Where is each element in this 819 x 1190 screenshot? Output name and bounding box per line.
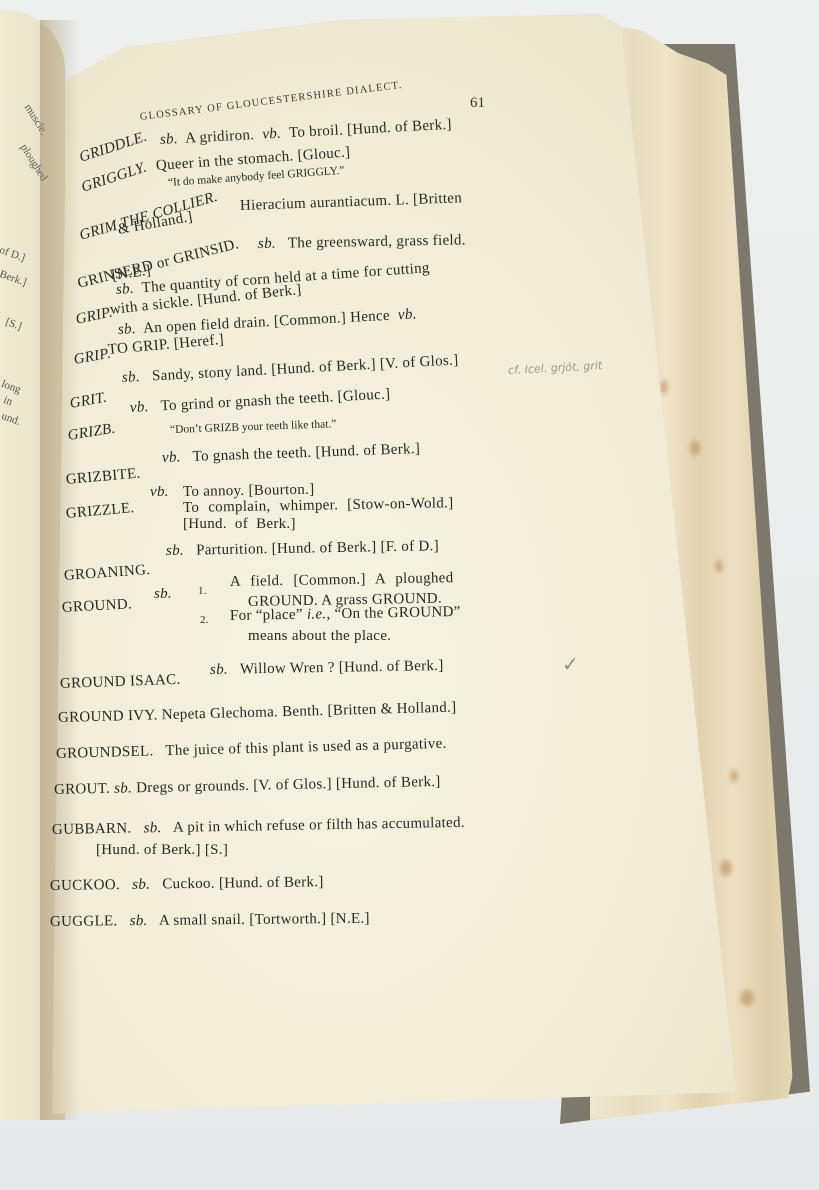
left-page-fragment: [S.] — [4, 316, 23, 333]
sense-number: 1. — [198, 585, 207, 597]
part-of-speech: sb. — [114, 780, 132, 796]
definition-text: Parturition. [Hund. of Berk.] [F. of D.] — [196, 538, 439, 558]
part-of-speech: vb. — [162, 449, 181, 466]
definition-text: Cuckoo. [Hund. of Berk.] — [162, 874, 324, 892]
part-of-speech: sb. — [210, 662, 228, 678]
left-page-fragment: und. — [0, 410, 22, 428]
part-of-speech: vb. — [398, 306, 418, 323]
definition-text: A small snail. [Tortworth.] [N.E.] — [159, 911, 370, 929]
left-page-fragment: Berk.] — [0, 268, 28, 289]
definition-continuation: [Hund. of Berk.] [S.] — [96, 842, 228, 859]
left-page-fragment: long — [0, 378, 22, 396]
part-of-speech-label: vb. — [150, 484, 169, 500]
entry-line: GUGGLE. sb. A small snail. [Tortworth.] … — [50, 911, 370, 931]
part-of-speech: sb. — [160, 131, 179, 148]
definition-text: For “place” — [230, 607, 303, 624]
headword: GUBBARN. — [52, 821, 132, 838]
definition-text: A gridiron. — [185, 127, 255, 147]
pencil-check-mark: ✓ — [562, 652, 579, 676]
entry-definition: sb. The greensward, grass field. — [258, 232, 466, 253]
part-of-speech: sb. — [115, 281, 134, 298]
headword: GROUND IVY. — [58, 707, 158, 726]
definition-text: Willow Wren ? [Hund. of Berk.] — [240, 658, 444, 678]
part-of-speech-label: sb. — [154, 586, 172, 602]
left-page-fragment: in — [2, 394, 14, 408]
part-of-speech: vb. — [150, 484, 169, 501]
definition-text: The greensward, grass field. — [288, 232, 466, 251]
definition-text: “On the GROUND” — [334, 604, 460, 622]
part-of-speech: sb. — [132, 877, 150, 893]
headword: GROUT. — [54, 781, 110, 798]
part-of-speech: sb. — [143, 820, 161, 836]
part-of-speech: sb. — [130, 913, 148, 929]
part-of-speech: sb. — [118, 321, 137, 338]
definition-continuation: [Hund. of Berk.] — [183, 516, 296, 533]
part-of-speech: sb. — [154, 586, 172, 603]
part-of-speech: vb. — [262, 126, 282, 143]
headword: GROUNDSEL. — [56, 743, 154, 762]
part-of-speech: sb. — [258, 236, 276, 252]
headword: GUCKOO. — [50, 877, 120, 894]
abbreviation: i.e., — [307, 606, 331, 622]
left-page-fragment: of D.] — [0, 244, 27, 264]
page-number: 61 — [470, 95, 485, 112]
headword: GUGGLE. — [50, 913, 118, 930]
definition-continuation: means about the place. — [248, 628, 391, 645]
sense-number: 2. — [200, 614, 209, 626]
part-of-speech: vb. — [130, 399, 150, 416]
part-of-speech: sb. — [122, 369, 141, 386]
part-of-speech: sb. — [166, 543, 184, 559]
